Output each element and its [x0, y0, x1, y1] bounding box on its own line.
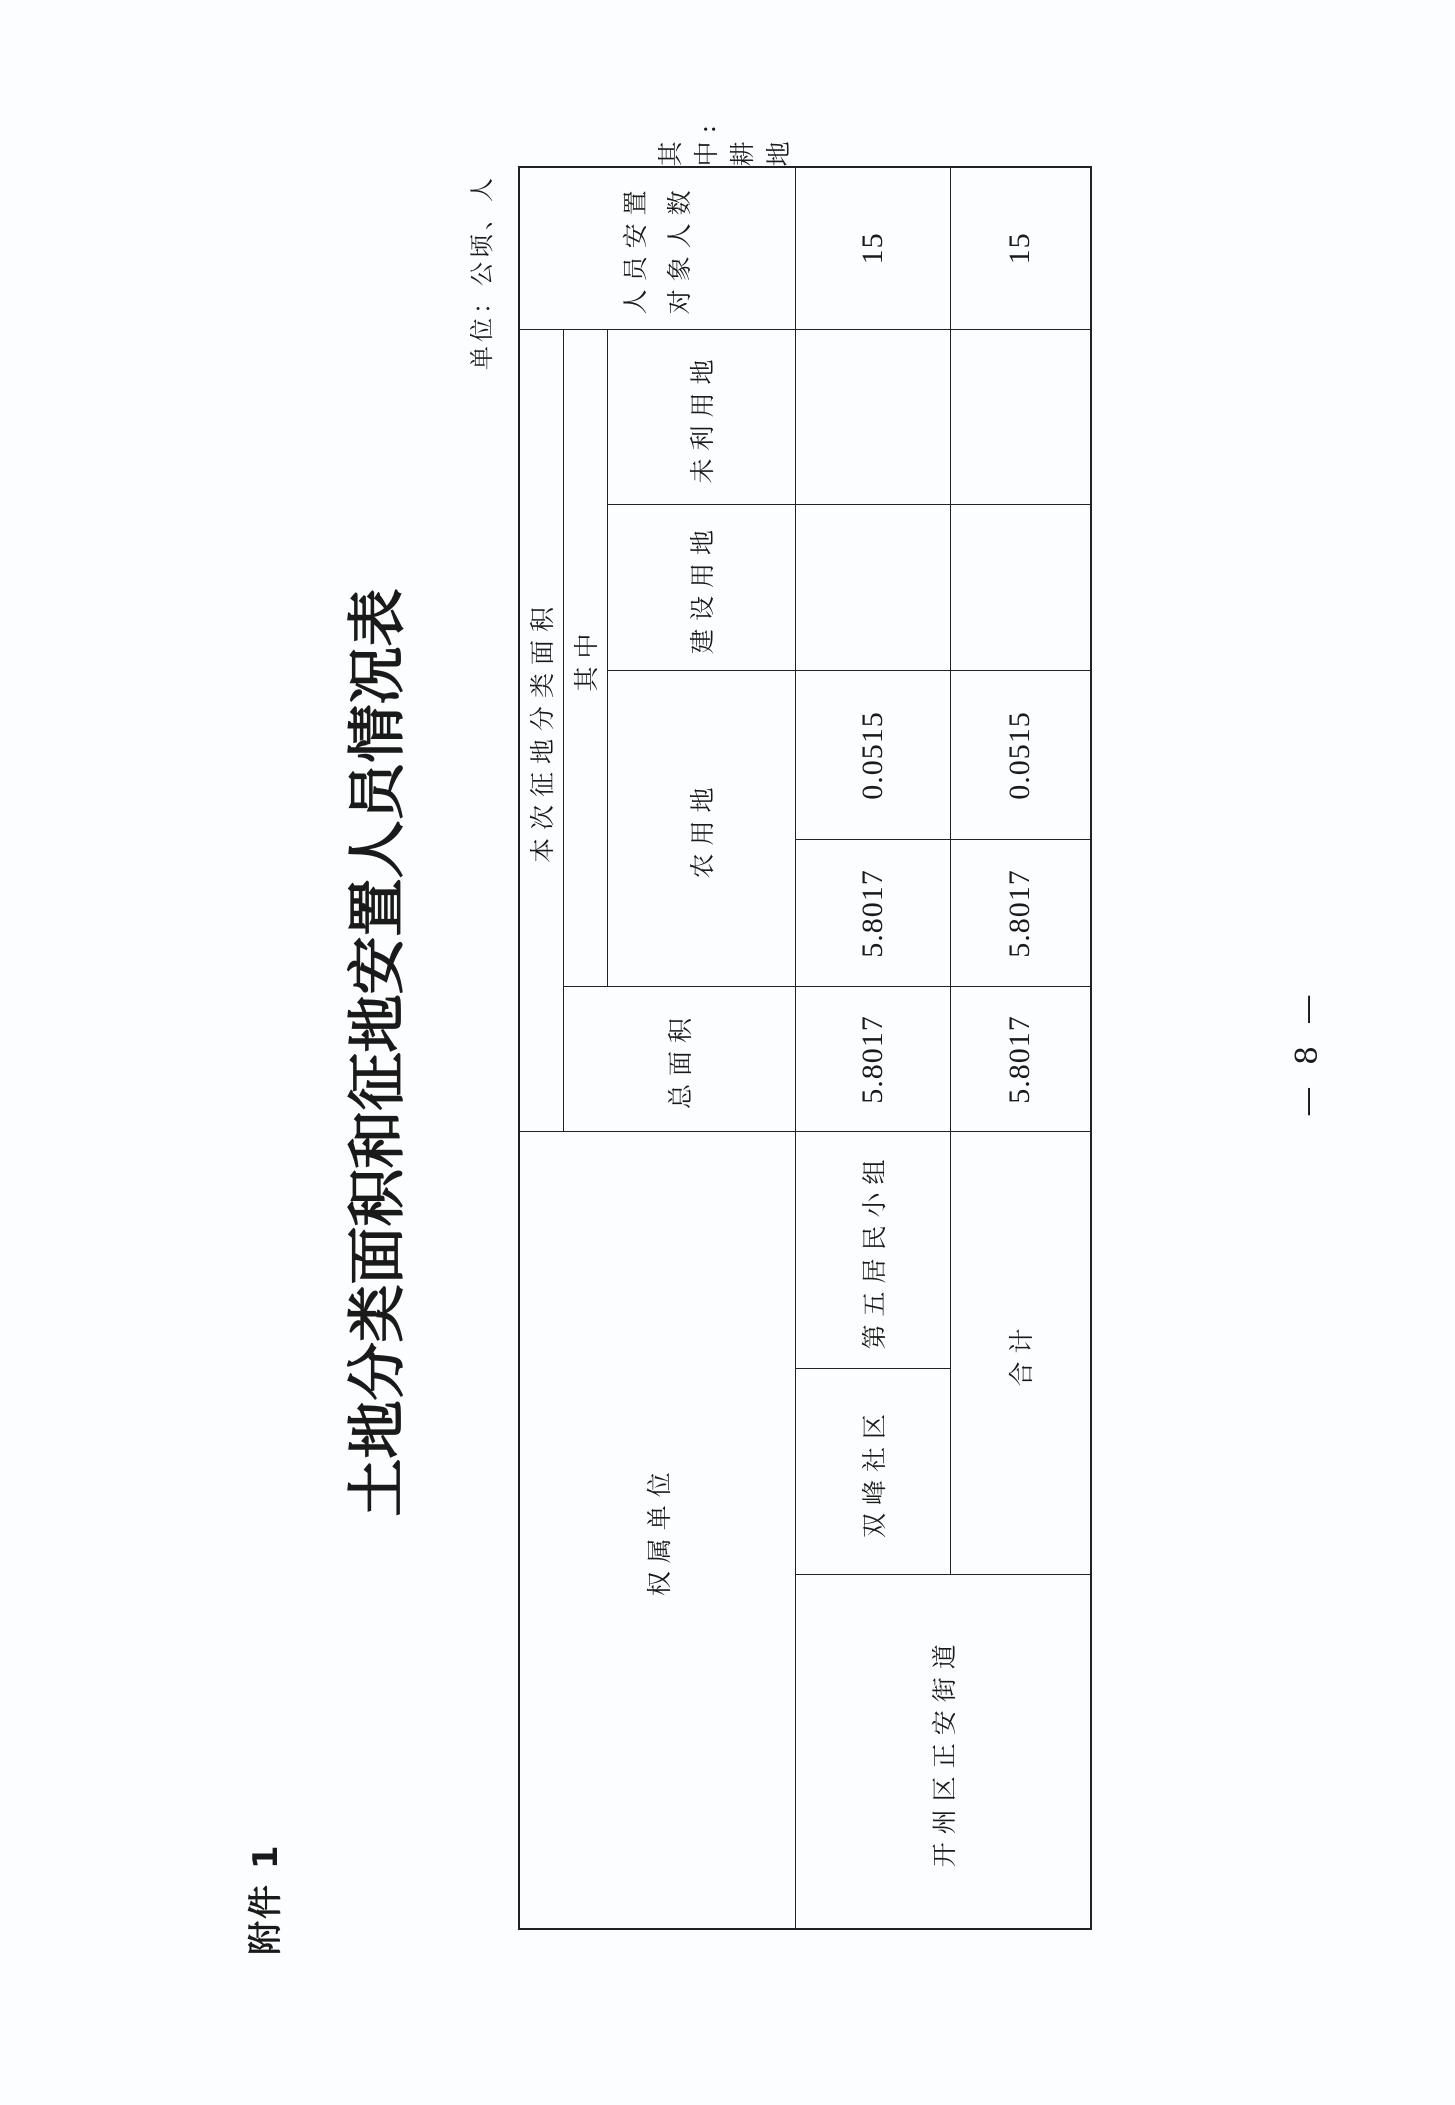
land-table: 权属单位 本次征地分类面积 人员安置 对象人数 总面积 其中 农用地 建设用地 … [518, 166, 1092, 1930]
table-row: 开州区正安街道 双峰社区 第五居民小组 5.8017 5.8017 0.0515… [796, 167, 951, 1929]
header-total-area: 总面积 [563, 987, 796, 1132]
cell-street: 开州区正安街道 [796, 1575, 1091, 1929]
cell-agricultural-land: 5.8017 [796, 840, 951, 987]
cell-unused-land [796, 330, 951, 505]
page-title: 土地分类面积和征地安置人员情况表 [330, 0, 414, 2105]
cell-total-cultivated-land: 0.0515 [951, 671, 1091, 840]
header-category-area: 本次征地分类面积 [519, 330, 563, 1132]
header-resettlement-line1: 人员安置 [621, 182, 650, 314]
header-resettlement-line2: 对象人数 [665, 182, 694, 314]
cell-total-agricultural-land: 5.8017 [951, 840, 1091, 987]
header-agricultural-land: 农用地 [607, 671, 796, 987]
cell-total-label: 合计 [951, 1132, 1091, 1575]
cell-resettlement-count: 15 [796, 167, 951, 330]
cell-cultivated-land: 0.0515 [796, 671, 951, 840]
cell-total-total-area: 5.8017 [951, 987, 1091, 1132]
header-resettlement-count: 人员安置 对象人数 [519, 167, 796, 330]
rotated-page: 附件 1 土地分类面积和征地安置人员情况表 单位：公顷、人 权属单位 本次征地分… [0, 0, 1455, 2105]
cell-total-resettlement-count: 15 [951, 167, 1091, 330]
header-of-which: 其中 [563, 330, 607, 987]
cell-group: 第五居民小组 [796, 1132, 951, 1369]
cell-community: 双峰社区 [796, 1369, 951, 1575]
header-unused-land: 未利用地 [607, 330, 796, 505]
page-number: — 8 — [1290, 0, 1325, 2105]
unit-label: 单位：公顷、人 [462, 174, 497, 370]
attachment-label: 附件 1 [238, 1844, 287, 1956]
cell-total-construction-land [951, 505, 1091, 671]
cell-construction-land [796, 505, 951, 671]
header-construction-land: 建设用地 [607, 505, 796, 671]
cell-total-unused-land [951, 330, 1091, 505]
cell-total-area: 5.8017 [796, 987, 951, 1132]
header-owner-unit: 权属单位 [519, 1132, 796, 1929]
